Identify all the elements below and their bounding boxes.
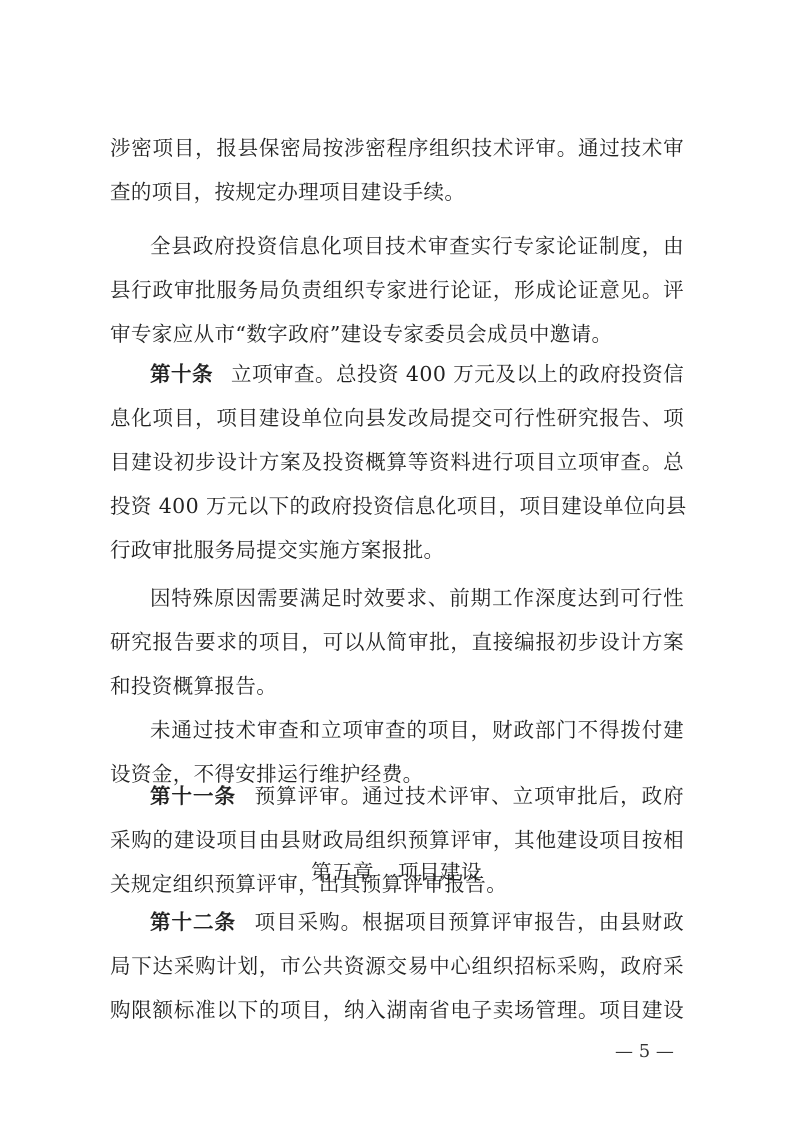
page-number: — 5 — bbox=[615, 1040, 674, 1064]
text-line: 研究报告要求的项目，可以从简审批，直接编报初步设计方案 bbox=[110, 620, 684, 664]
article-12-first-line: 第十二条项目采购。根据项目预算评审报告，由县财政 bbox=[150, 900, 684, 944]
chapter-heading: 第五章项目建设 bbox=[0, 850, 793, 894]
article-11-first-line: 第十一条预算评审。通过技术评审、立项审批后，政府 bbox=[150, 774, 684, 818]
text-line: 息化项目，项目建设单位向县发改局提交可行性研究报告、项 bbox=[110, 396, 684, 440]
article-11-heading: 第十一条 bbox=[150, 784, 236, 808]
text-line: 局下达采购计划，市公共资源交易中心组织招标采购，政府采 bbox=[110, 944, 684, 988]
text-line: 审专家应从市“数字政府”建设专家委员会成员中邀请。 bbox=[110, 312, 684, 356]
chapter-number: 第五章 bbox=[311, 860, 374, 884]
text-line: 全县政府投资信息化项目技术审查实行专家论证制度，由 bbox=[150, 224, 684, 268]
text-line: 涉密项目，报县保密局按涉密程序组织技术评审。通过技术审 bbox=[110, 126, 684, 170]
text-line: 行政审批服务局提交实施方案报批。 bbox=[110, 528, 684, 572]
text-line: 查的项目，按规定办理项目建设手续。 bbox=[110, 170, 684, 214]
text-line: 未通过技术审查和立项审查的项目，财政部门不得拨付建 bbox=[150, 708, 684, 752]
text-line: 目建设初步设计方案及投资概算等资料进行项目立项审查。总 bbox=[110, 440, 684, 484]
text-line: 购限额标准以下的项目，纳入湖南省电子卖场管理。项目建设 bbox=[110, 988, 684, 1032]
text-line: 投资 400 万元以下的政府投资信息化项目，项目建设单位向县 bbox=[110, 484, 684, 528]
document-page: 涉密项目，报县保密局按涉密程序组织技术评审。通过技术审 查的项目，按规定办理项目… bbox=[0, 0, 793, 1121]
text-line: 和投资概算报告。 bbox=[110, 664, 684, 708]
article-10-text: 立项审查。总投资 400 万元及以上的政府投资信 bbox=[231, 362, 684, 386]
text-line: 县行政审批服务局负责组织专家进行论证，形成论证意见。评 bbox=[110, 268, 684, 312]
article-10-first-line: 第十条立项审查。总投资 400 万元及以上的政府投资信 bbox=[150, 352, 684, 396]
article-11-text: 预算评审。通过技术评审、立项审批后，政府 bbox=[254, 784, 684, 808]
chapter-title: 项目建设 bbox=[398, 860, 482, 884]
article-10-heading: 第十条 bbox=[150, 362, 213, 386]
text-line: 因特殊原因需要满足时效要求、前期工作深度达到可行性 bbox=[150, 576, 684, 620]
article-12-heading: 第十二条 bbox=[150, 910, 236, 934]
article-12-text: 项目采购。根据项目预算评审报告，由县财政 bbox=[254, 910, 684, 934]
